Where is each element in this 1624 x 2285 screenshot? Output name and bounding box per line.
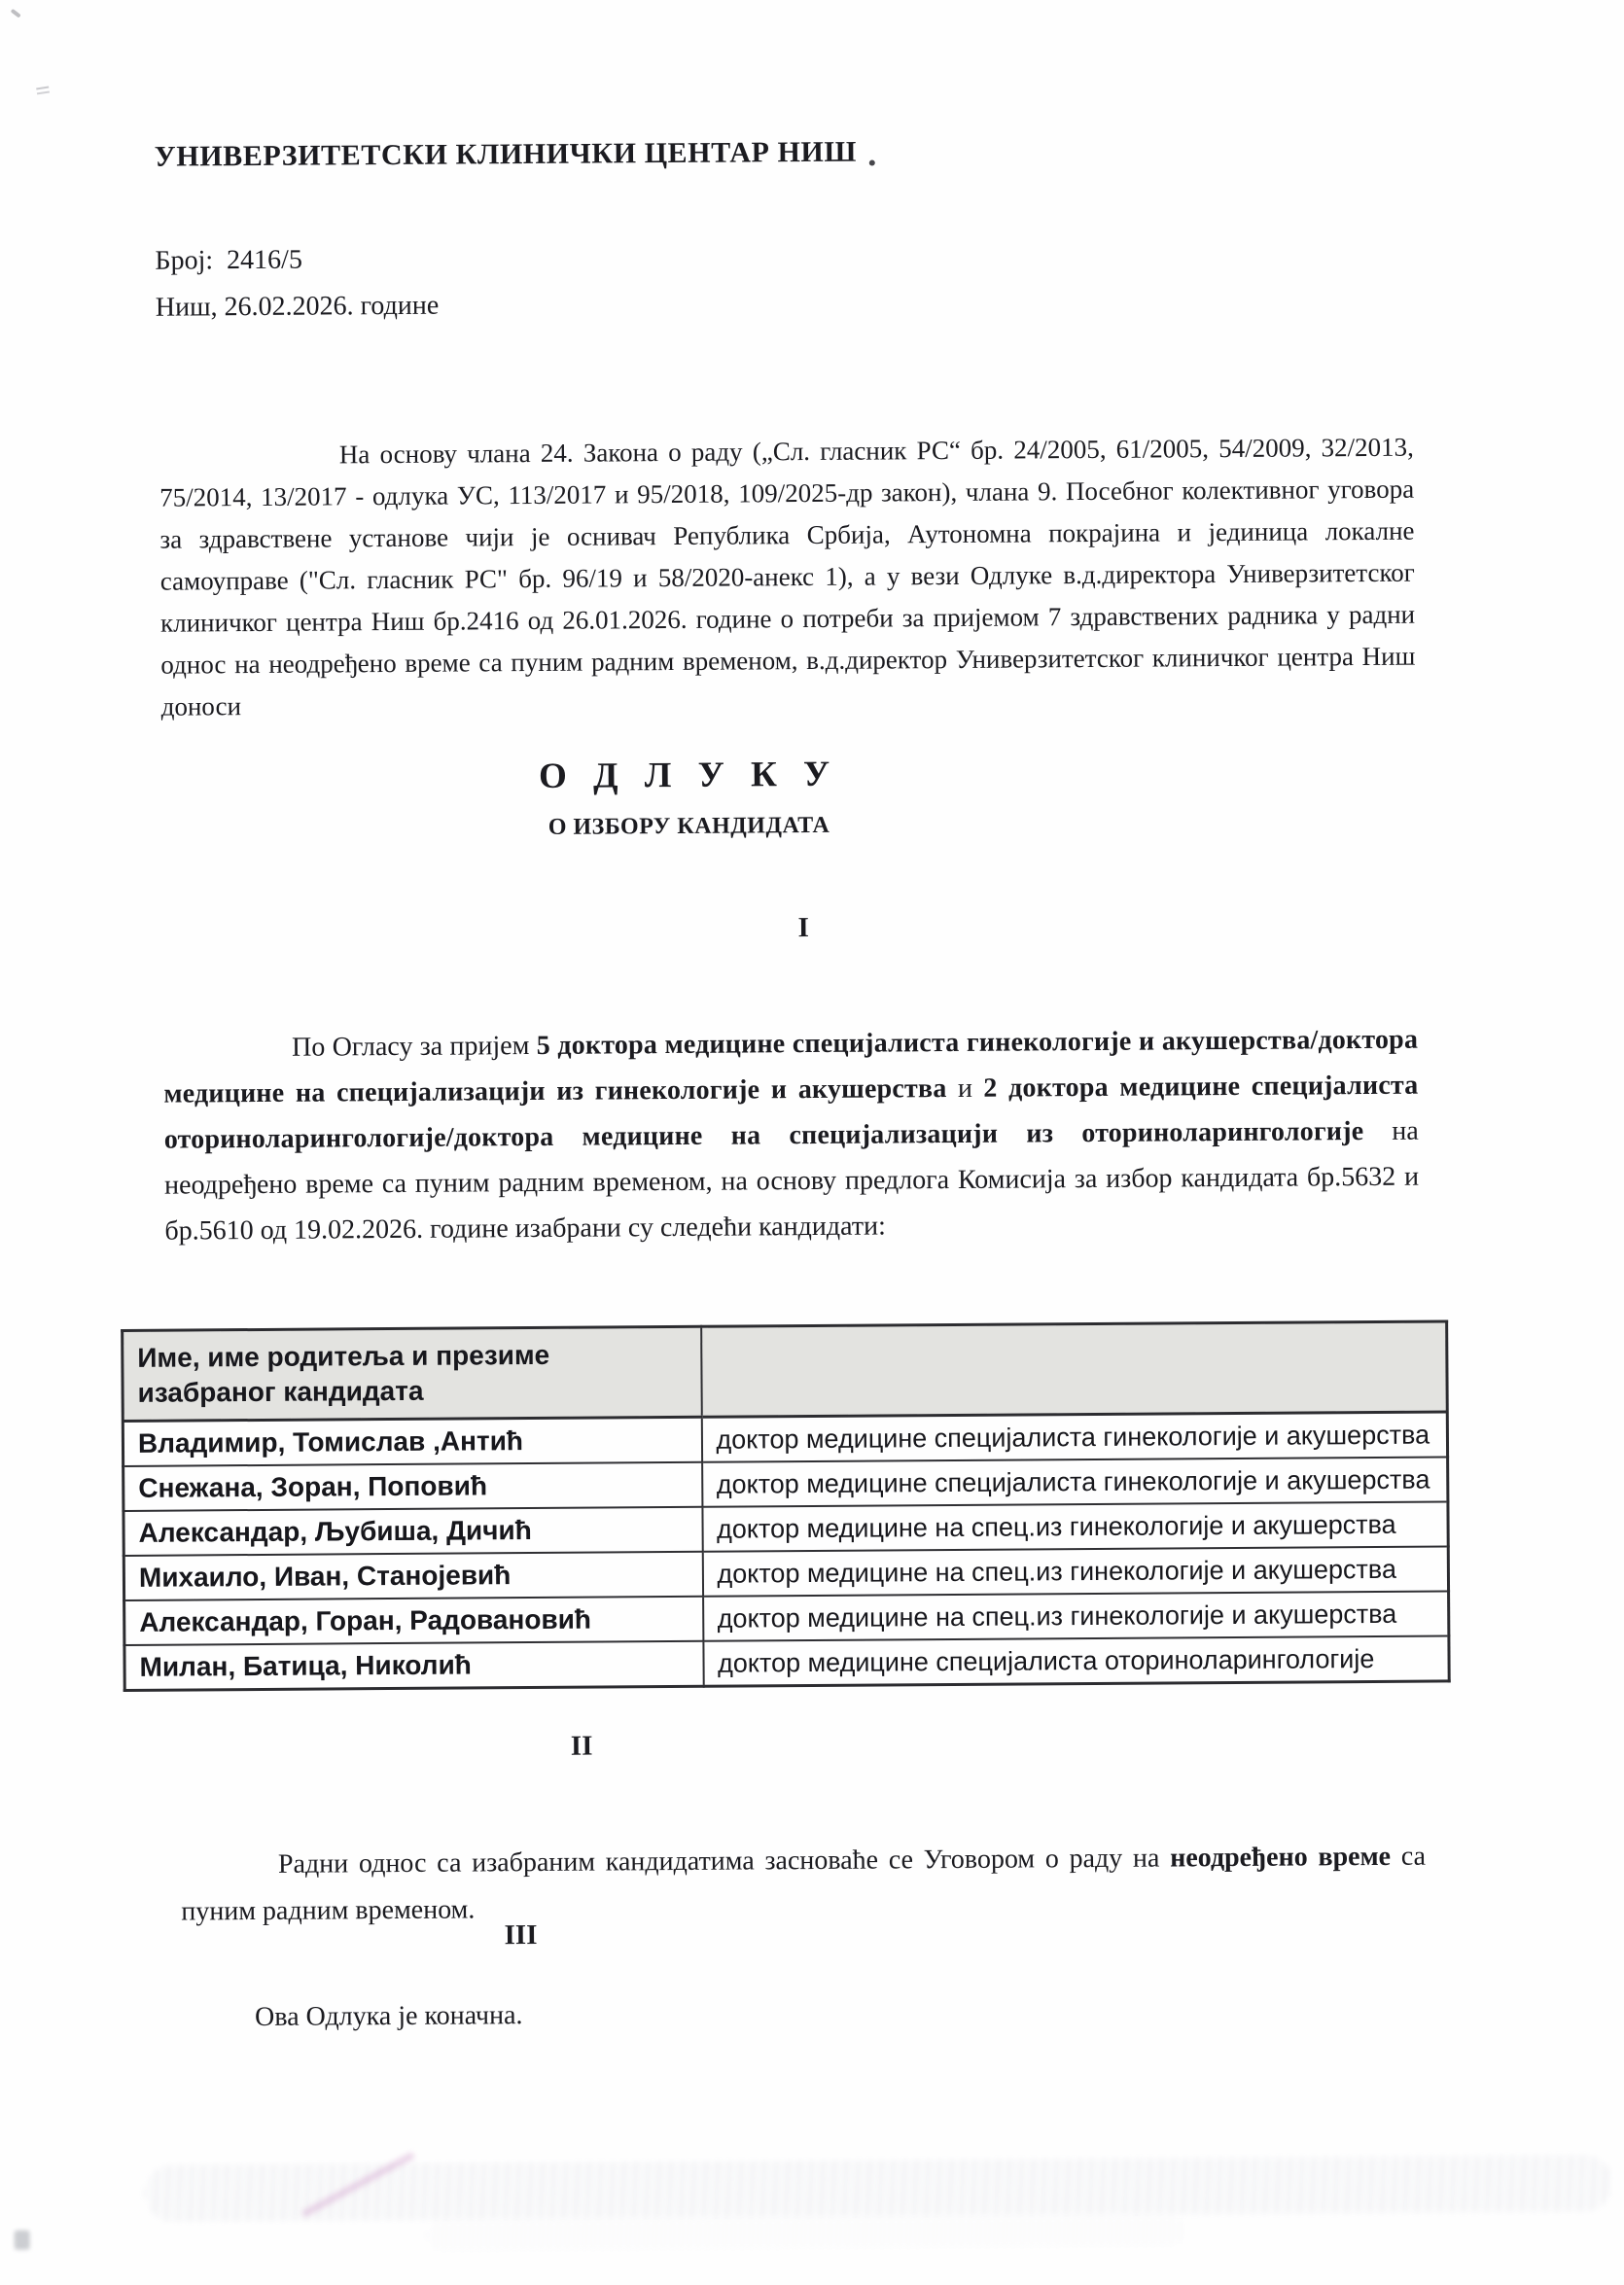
bleed-through-artifact bbox=[144, 2155, 1612, 2222]
decision-title: О Д Л У К У bbox=[0, 750, 1379, 801]
candidates-table: Име, име родитеља и презиме изабраног ка… bbox=[121, 1319, 1451, 1692]
scan-speck bbox=[36, 87, 49, 90]
scanned-document-page: УНИВЕРЗИТЕТСКИ КЛИНИЧКИ ЦЕНТАР НИШ Број:… bbox=[0, 0, 1624, 2285]
place-and-date: Ниш, 26.02.2026. године bbox=[156, 291, 440, 324]
table-header-position-column bbox=[701, 1321, 1448, 1417]
candidate-name: Милан, Батица, Николић bbox=[124, 1641, 703, 1691]
candidate-name: Александар, Горан, Радовановић bbox=[124, 1597, 703, 1645]
candidate-position: доктор медицине на спец.из гинекологије … bbox=[702, 1501, 1448, 1551]
candidate-position: доктор медицине специјалиста гинекологиј… bbox=[702, 1457, 1448, 1506]
organization-name: УНИВЕРЗИТЕТСКИ КЛИНИЧКИ ЦЕНТАР НИШ bbox=[155, 136, 857, 174]
table-row: Милан, Батица, Николић доктор медицине с… bbox=[124, 1635, 1449, 1690]
candidate-name: Михаило, Иван, Станојевић bbox=[124, 1552, 702, 1600]
candidate-name: Владимир, Томислав ,Антић bbox=[123, 1417, 701, 1466]
section-one-paragraph: По Огласу за пријем 5 доктора медицине с… bbox=[163, 1017, 1420, 1254]
document-content: УНИВЕРЗИТЕТСКИ КЛИНИЧКИ ЦЕНТАР НИШ Број:… bbox=[0, 0, 1624, 2285]
finality-statement: Ова Одлука је коначна. bbox=[255, 2000, 523, 2033]
scan-speck bbox=[11, 9, 21, 18]
section-number-three: III bbox=[486, 1919, 554, 1951]
table-header-name-column: Име, име родитеља и презиме изабраног ка… bbox=[123, 1326, 702, 1421]
table-header-row: Име, име родитеља и презиме изабраног ка… bbox=[123, 1321, 1448, 1422]
section-two-paragraph: Радни однос са изабраним кандидатима зас… bbox=[181, 1834, 1427, 1936]
table-header-name-label: Име, име родитеља и презиме изабраног ка… bbox=[137, 1338, 555, 1411]
bleed-through-artifact bbox=[15, 2231, 30, 2250]
candidate-position: доктор медицине на спец.из гинекологије … bbox=[703, 1591, 1449, 1640]
candidate-position: доктор медицине на спец.из гинекологије … bbox=[702, 1546, 1448, 1596]
document-number: Број: 2416/5 bbox=[155, 245, 302, 277]
decision-subtitle: О ИЗБОРУ КАНДИДАТА bbox=[0, 809, 1380, 845]
bleed-through-artifact bbox=[427, 2216, 1185, 2250]
candidate-position: доктор медицине специјалиста гинекологиј… bbox=[701, 1412, 1447, 1462]
candidate-name: Снежана, Зоран, Поповић bbox=[124, 1462, 702, 1511]
ink-dot-artifact bbox=[869, 160, 875, 166]
candidate-position: доктор медицине специјалиста оторинолари… bbox=[703, 1635, 1449, 1686]
candidate-name: Александар, Љубиша, Дичић bbox=[124, 1507, 702, 1556]
legal-preamble-paragraph: На основу члана 24. Закона о раду („Сл. … bbox=[159, 427, 1416, 728]
section-number-two: II bbox=[547, 1730, 616, 1762]
section-number-one: I bbox=[769, 912, 837, 944]
